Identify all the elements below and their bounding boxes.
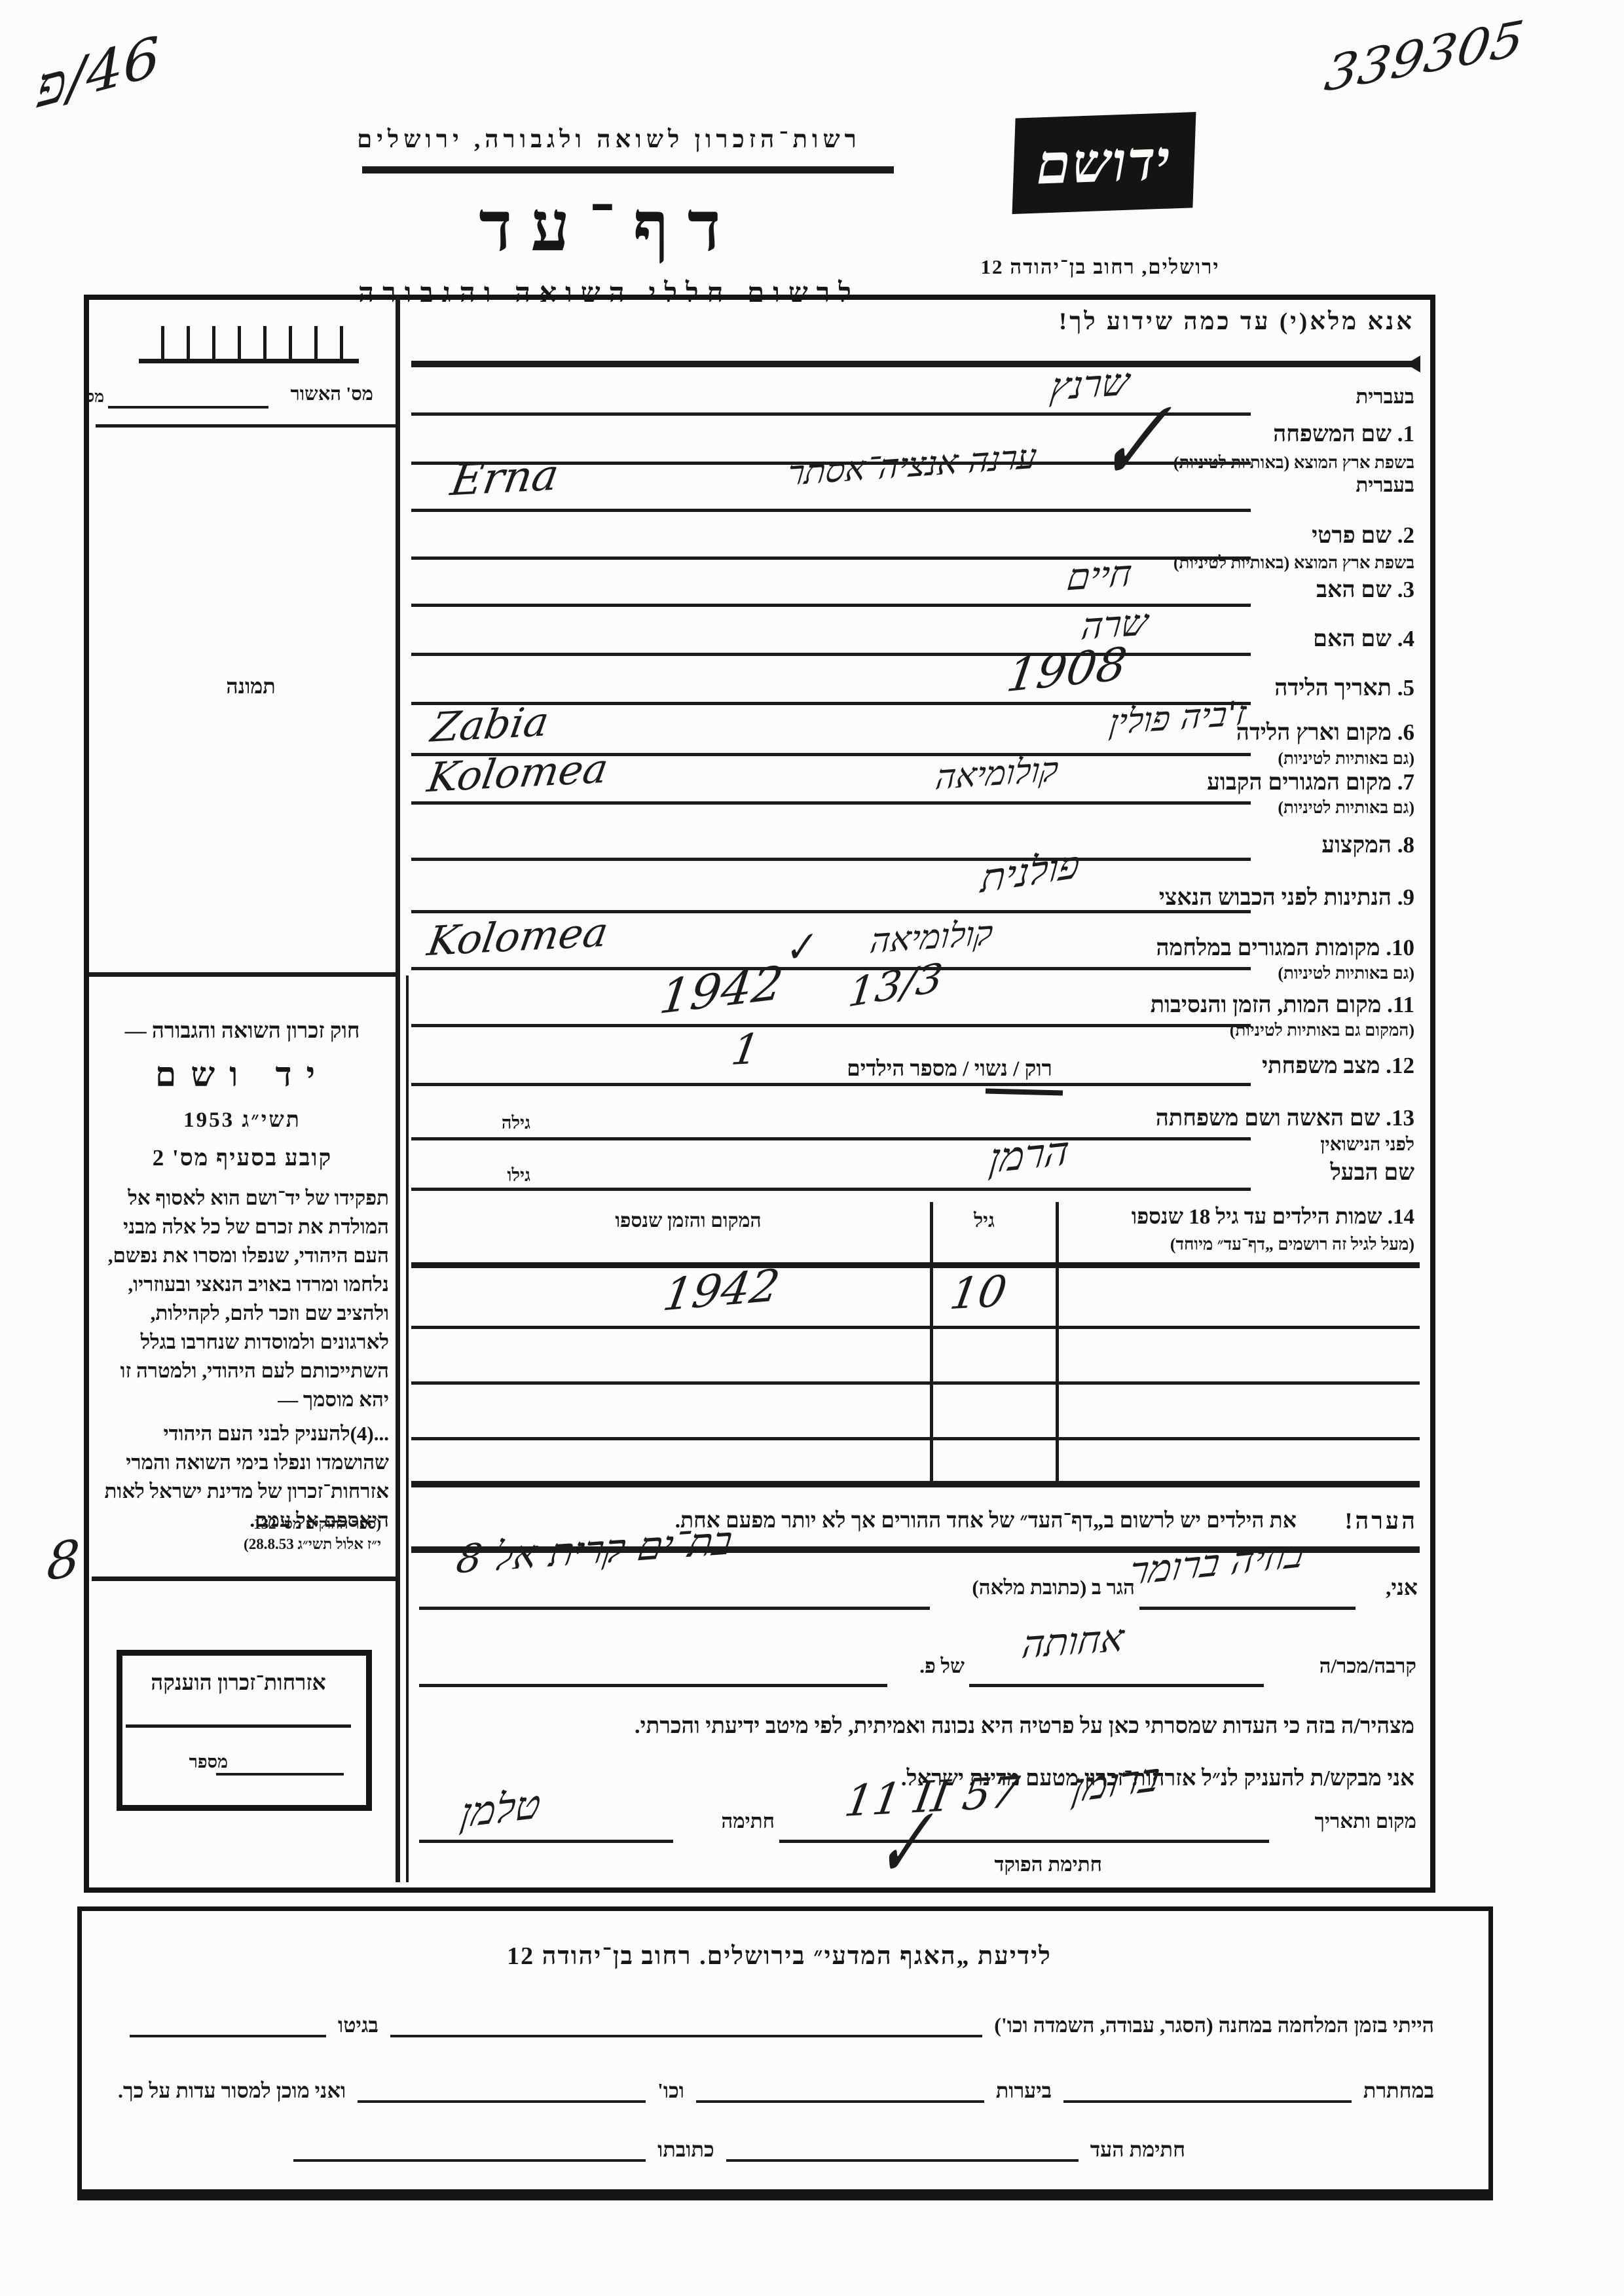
logo-text: ידושם [1031,129,1177,198]
children-table-place-header: המקום והזמן שנספו [561,1209,816,1232]
etc-label: וכו' [657,2079,684,2103]
residence-line [411,801,1251,805]
place-date-line [779,1840,1269,1843]
witness-i-label: אני, [1359,1576,1418,1601]
field1-label: 1. שם המשפחה [1198,420,1414,447]
field8-label: 8. המקצוע [1218,831,1414,858]
marital-status-line [411,1083,1251,1086]
child-age-handwriting: 10 [947,1270,1009,1316]
photo-placeholder-label: תמונה [208,674,293,699]
law-clause-ref: קובע בסעיף מס' 2 [98,1144,386,1171]
field14-label: 14. שמות הילדים עד גיל 18 שנספו [1113,1205,1414,1230]
signature-label: חתימה [680,1810,775,1834]
witness-address-footer-label: כתובתו [657,2138,714,2162]
instruction-divider [411,361,1418,367]
witness-name-line [1139,1607,1356,1610]
residence-latin-handwriting: Kolomea [425,748,611,798]
children-table-column-line-left [930,1202,933,1484]
witness-of-line [419,1684,887,1687]
death-place-line [411,1024,1251,1027]
birth-year-handwriting: 1908 [1004,641,1130,699]
birth-place-latin-handwriting: Zabia [428,701,551,748]
children-table-top-border [411,1262,1420,1268]
field6-sublabel: (גם באותיות לטיניות) [1184,749,1414,769]
field7-label: 7. מקום המגורים הקבוע [1172,769,1414,795]
husband-name-handwriting: הרמן [987,1131,1071,1179]
field10-label: 10. מקומות המגורים במלחמה [1151,934,1414,961]
signature-handwriting: טלמן [458,1784,544,1834]
underground-blank-line [1063,2074,1352,2103]
sidebar-divider-top [96,424,396,428]
first-name-hebrew-line [411,509,1251,512]
forests-blank-line [696,2074,984,2103]
clerk-signature-label: חתימת הפוקד [942,1853,1102,1877]
husband-name-line [411,1188,1251,1191]
sidebar-divider-mid [89,972,396,977]
witness-relation-handwriting: אחותה [1020,1619,1126,1664]
law-source-line2: י״ז אלול תשי״ג 28.8.53) [244,1536,381,1552]
approval-number-label: מס' האשור [275,383,373,405]
declaration-text: מצהיר/ה בזה כי העדות שמסרתי כאן על פרטיה… [419,1713,1414,1740]
law-year: תשי״ג 1953 [98,1108,386,1133]
field2-label: 2. שם פרטי [1198,522,1414,549]
witness-signature-blank-line [726,2133,1079,2162]
death-year-handwriting: 1942 [657,959,785,1021]
field9-label: 9. הנתינות לפני הכבוש הנאצי [1139,884,1414,911]
family-name-checkmark: ✓ [1093,386,1174,501]
comb-marks [139,326,359,363]
camp-label: הייתי בזמן המלחמה במחנה (הסגר, עבודה, הש… [994,2013,1434,2037]
institution-address: ירושלים, רחוב בן־יהודה 12 [923,255,1277,280]
corner-annotation: 46/פ [35,29,161,116]
witness-address-label: הגר ב (כתובת מלאה) [935,1576,1135,1600]
clerk-signature-mark: ✓ [874,1796,934,1895]
children-table-column-line-right [1056,1202,1059,1484]
field14-sublabel: (מעל לגיל זה רושמים „דף־עד״ מיוחד) [1113,1235,1414,1255]
etc-blank-line [358,2074,646,2103]
authority-name: רשות־הזכרון לשואה ולגבורה, ירושלים [308,126,910,155]
profession-line [411,858,1251,861]
witness-signature-label: חתימת העד [1090,2138,1185,2162]
marital-status-options: רוק / נשוי / מספר הילדים [766,1057,1133,1082]
forests-label: ביערות [996,2079,1052,2103]
father-name-handwriting: חיים [1065,556,1134,597]
yad-vashem-logo: ידושם [1012,112,1196,214]
file-number-annotation: 339305 [1322,14,1527,99]
residence-hebrew-handwriting: קולומיאה [934,753,1060,795]
page-title: דף־עד [308,186,910,268]
field1-hebrew-label: בעברית [1283,385,1414,409]
law-source-line1: (ספר החוקים מס' 132 [253,1516,381,1532]
footer-row-underground: במחתרת ביערות וכו' ואני מוכן למסור עדות … [118,2074,1434,2103]
field3-label: 3. שם האב [1218,576,1414,603]
ghetto-label: בגיטו [338,2013,378,2037]
field11-label: 11. מקום המות, הזמן והנסיבות [1145,991,1414,1018]
children-table-row-line [411,1326,1420,1329]
husband-name-label: שם הבעל [1244,1159,1414,1186]
footer-row-camp: הייתי בזמן המלחמה במחנה (הסגר, עבודה, הש… [118,2009,1434,2037]
memorial-citizenship-line [126,1724,351,1728]
sidebar-separator-inner [406,975,409,1882]
witness-relation-line [969,1684,1264,1687]
law-body-text: תפקידו של יד־ושם הוא לאסוף אל המולדת את … [100,1184,389,1414]
law-source-note: (ספר החוקים מס' 132י״ז אלול תשי״ג 28.8.5… [100,1514,381,1554]
sidebar-separator [396,295,400,1882]
witness-of-label: של פ. [896,1654,965,1679]
field4-label: 4. שם האם [1218,625,1414,652]
witness-address-line [419,1607,930,1610]
witness-relation-label: קרבה/מכר/ה [1269,1654,1416,1679]
field2-hebrew-label: בעברית [1283,473,1414,498]
children-table-row-line [411,1381,1420,1385]
law-title: חוק זכרון השואה והגבורה — [98,1019,386,1044]
underground-label: במחתרת [1363,2079,1434,2103]
testimony-page-scan: 46/פ 339305 8 רשות־הזכרון לשואה ולגבורה,… [0,0,1624,2296]
approval-ms-label: מס [85,388,124,407]
war-residence-latin-handwriting: Kolomea [425,912,611,962]
law-yad-vashem: יד ושם [98,1055,386,1095]
ready-to-testify-label: ואני מוכן למסור עדות על כך. [118,2079,346,2103]
margin-annotation: 8 [46,1533,81,1588]
child-death-year-handwriting: 1942 [660,1264,783,1319]
memorial-citizenship-number-label: מספר [149,1752,228,1773]
field13-label: 13. שם האשה ושם משפחתה [1151,1104,1414,1131]
family-name-hebrew-line [411,412,1251,416]
place-date-label: מקום ותאריך [1276,1810,1416,1834]
ghetto-blank-line [130,2009,326,2037]
signature-line [419,1840,673,1843]
footer-row-signature: חתימת העד כתובתו [282,2133,1185,2162]
fill-instruction: אנא מלא(י) עד כמה שידוע לך! [753,308,1414,337]
scientific-department-title: לידיעת „האגף המדעי״ בירושלים. רחוב בן־יה… [229,1942,1329,1971]
wife-name-line [411,1137,1251,1140]
witness-address-blank-line [293,2133,646,2162]
war-residence-checkmark: ✓ [779,926,819,970]
war-residence-hebrew-handwriting: קולומיאה [868,917,994,959]
wife-age-label: גילה [458,1113,530,1134]
sidebar-divider-bottom [92,1576,398,1581]
camp-blank-line [390,2009,982,2037]
field12-label: 12. מצב משפחתי [1218,1052,1414,1079]
place-handwriting: ברומן [1070,1757,1163,1808]
memorial-citizenship-number-line [216,1773,344,1776]
husband-age-label: גילו [458,1165,530,1186]
children-table-bottom-border [411,1481,1420,1487]
first-name-latin-handwriting: Erna [448,454,562,502]
war-residence-line [411,967,1251,970]
children-table-age-header: גיל [948,1209,1020,1232]
children-table-row-line [411,1437,1420,1440]
note-label: הערה! [1306,1507,1418,1535]
approval-number-line [108,406,268,409]
memorial-citizenship-title: אזרחות־זכרון הוענקה [130,1671,347,1696]
header-divider [362,166,894,173]
